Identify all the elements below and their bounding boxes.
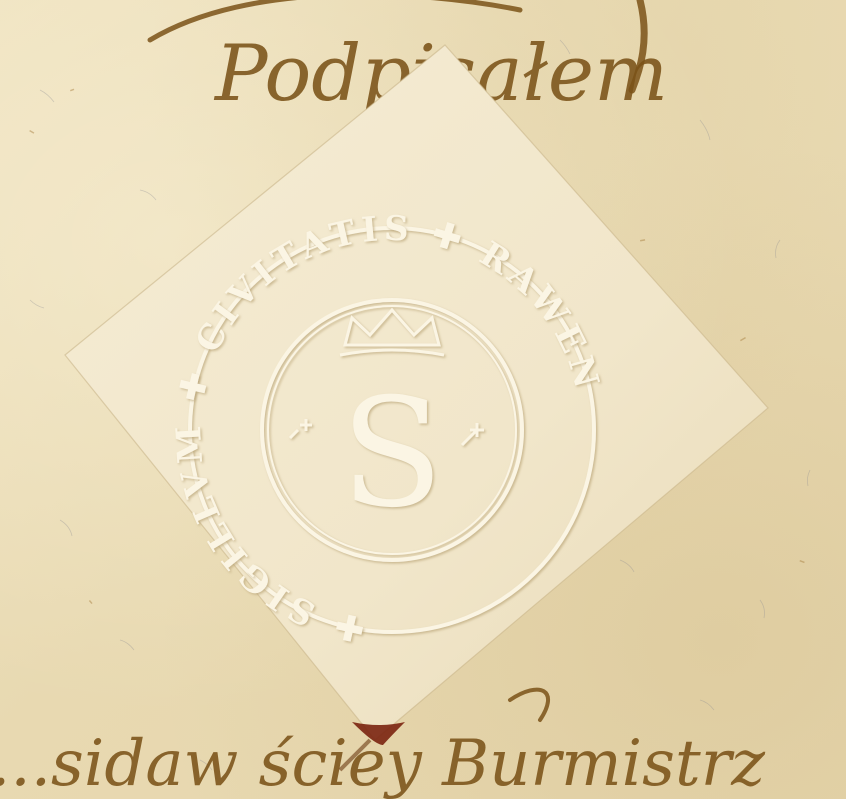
sealing-wax: [352, 722, 405, 745]
seal-monogram: S: [341, 367, 444, 541]
document-photo: Podpisałem ...sidaw ściey Burmistrz: [0, 0, 846, 799]
embossed-seal: S ✚ SIGILLVM ✚ CIVITATIS ✚ RAWEN: [0, 0, 846, 799]
